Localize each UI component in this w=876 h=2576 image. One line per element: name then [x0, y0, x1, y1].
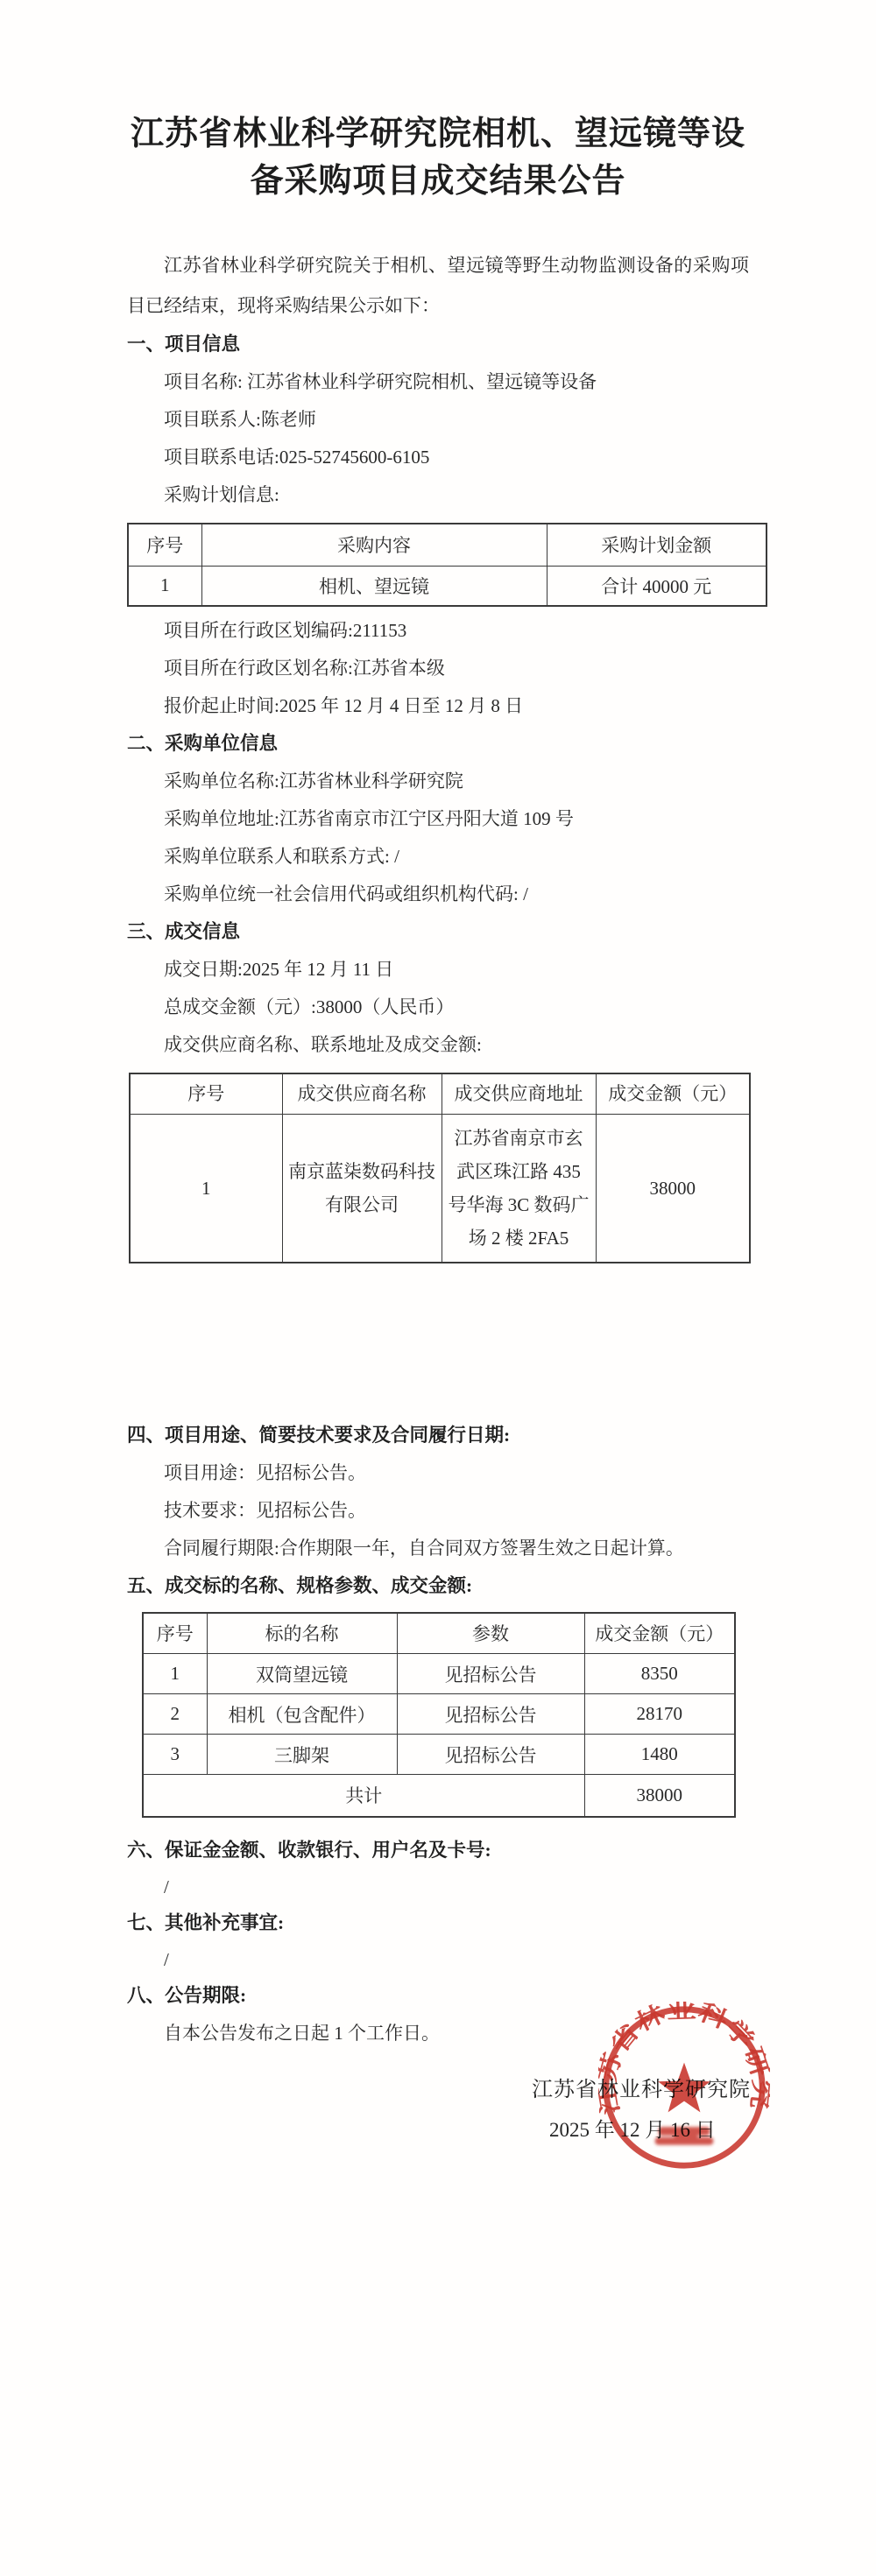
deal-date-line: 成交日期:2025 年 12 月 11 日 — [127, 951, 749, 989]
cell-lot-name: 三脚架 — [207, 1735, 397, 1775]
table-row: 1 双筒望远镜 见招标公告 8350 — [143, 1654, 735, 1694]
org-address-line: 采购单位地址:江苏省南京市江宁区丹阳大道 109 号 — [127, 800, 749, 838]
cell-lot-name: 相机（包含配件） — [207, 1694, 397, 1735]
header-cell: 标的名称 — [207, 1613, 397, 1654]
region-code-line: 项目所在行政区划编码:211153 — [127, 612, 749, 650]
procurement-plan-table: 序号 采购内容 采购计划金额 1 相机、望远镜 合计 40000 元 — [127, 523, 767, 607]
section-3-heading: 三、成交信息 — [127, 913, 749, 951]
table-total-row: 共计 38000 — [143, 1775, 735, 1817]
header-cell: 成交金额（元） — [596, 1073, 750, 1114]
document-content: 江苏省林业科学研究院相机、望远镜等设 备采购项目成交结果公告 江苏省林业科学研究… — [0, 0, 876, 2052]
project-contact-line: 项目联系人:陈老师 — [127, 401, 749, 439]
cell-content: 相机、望远镜 — [201, 566, 547, 606]
cell-amount: 8350 — [584, 1654, 735, 1694]
official-seal: 江苏省林业科学研究院 — [598, 2002, 770, 2173]
usage-line: 项目用途：见招标公告。 — [127, 1454, 749, 1492]
cell-seq: 1 — [143, 1654, 207, 1694]
seal-star-icon — [658, 2063, 710, 2113]
intro-paragraph: 江苏省林业科学研究院关于相机、望远镜等野生动物监测设备的采购项目已经结束，现将采… — [127, 245, 749, 326]
cell-amount: 1480 — [584, 1735, 735, 1775]
supplier-label-line: 成交供应商名称、联系地址及成交金额: — [127, 1026, 749, 1064]
header-cell: 采购计划金额 — [547, 524, 766, 566]
section-5-heading: 五、成交标的名称、规格参数、成交金额: — [127, 1567, 749, 1605]
deal-total-line: 总成交金额（元）:38000（人民币） — [127, 989, 749, 1026]
header-cell: 成交供应商地址 — [442, 1073, 596, 1114]
table-row: 1 相机、望远镜 合计 40000 元 — [128, 566, 766, 606]
cell-seq: 1 — [130, 1114, 282, 1263]
table-row: 1 南京蓝柒数码科技有限公司 江苏省南京市玄武区珠江路 435 号华海 3C 数… — [130, 1114, 750, 1263]
tech-line: 技术要求：见招标公告。 — [127, 1492, 749, 1530]
quote-period-line: 报价起止时间:2025 年 12 月 4 日至 12 月 8 日 — [127, 687, 749, 725]
header-cell: 成交供应商名称 — [282, 1073, 442, 1114]
cell-amount: 合计 40000 元 — [547, 566, 766, 606]
cell-total-value: 38000 — [584, 1775, 735, 1817]
header-cell: 参数 — [397, 1613, 584, 1654]
table-row: 3 三脚架 见招标公告 1480 — [143, 1735, 735, 1775]
cell-total-label: 共计 — [143, 1775, 584, 1817]
org-code-line: 采购单位统一社会信用代码或组织机构代码: / — [127, 876, 749, 913]
cell-params: 见招标公告 — [397, 1735, 584, 1775]
document-title: 江苏省林业科学研究院相机、望远镜等设 备采购项目成交结果公告 — [127, 0, 749, 205]
seal-code-blur — [655, 2127, 714, 2145]
section-2-heading: 二、采购单位信息 — [127, 725, 749, 763]
org-name-line: 采购单位名称:江苏省林业科学研究院 — [127, 763, 749, 800]
cell-amount: 28170 — [584, 1694, 735, 1735]
section-1-heading: 一、项目信息 — [127, 326, 749, 363]
header-cell: 序号 — [130, 1073, 282, 1114]
title-line-2: 备采购项目成交结果公告 — [127, 158, 749, 205]
region-name-line: 项目所在行政区划名称:江苏省本级 — [127, 650, 749, 687]
section-7-heading: 七、其他补充事宜: — [127, 1904, 749, 1942]
table-header-row: 序号 采购内容 采购计划金额 — [128, 524, 766, 566]
table-row: 2 相机（包含配件） 见招标公告 28170 — [143, 1694, 735, 1735]
org-contact-line: 采购单位联系人和联系方式: / — [127, 838, 749, 876]
section-7-value: / — [127, 1942, 749, 1977]
table-header-row: 序号 成交供应商名称 成交供应商地址 成交金额（元） — [130, 1073, 750, 1114]
project-phone-line: 项目联系电话:025-52745600-6105 — [127, 439, 749, 476]
header-cell: 序号 — [143, 1613, 207, 1654]
cell-lot-name: 双筒望远镜 — [207, 1654, 397, 1694]
cell-supplier-address: 江苏省南京市玄武区珠江路 435 号华海 3C 数码广场 2 楼 2FA5 — [442, 1114, 596, 1263]
section-6-heading: 六、保证金金额、收款银行、用户名及卡号: — [127, 1832, 749, 1869]
cell-seq: 1 — [128, 566, 201, 606]
section-6-value: / — [127, 1869, 749, 1904]
cell-supplier-name: 南京蓝柒数码科技有限公司 — [282, 1114, 442, 1263]
cell-params: 见招标公告 — [397, 1654, 584, 1694]
cell-seq: 3 — [143, 1735, 207, 1775]
supplier-table: 序号 成交供应商名称 成交供应商地址 成交金额（元） 1 南京蓝柒数码科技有限公… — [129, 1073, 751, 1263]
plan-info-label: 采购计划信息: — [127, 476, 749, 514]
project-name-line: 项目名称: 江苏省林业科学研究院相机、望远镜等设备 — [127, 363, 749, 401]
cell-amount: 38000 — [596, 1114, 750, 1263]
title-line-1: 江苏省林业科学研究院相机、望远镜等设 — [127, 110, 749, 158]
table-header-row: 序号 标的名称 参数 成交金额（元） — [143, 1613, 735, 1654]
lot-table: 序号 标的名称 参数 成交金额（元） 1 双筒望远镜 见招标公告 8350 2 … — [142, 1612, 736, 1818]
cell-params: 见招标公告 — [397, 1694, 584, 1735]
header-cell: 采购内容 — [201, 524, 547, 566]
contract-line: 合同履行期限:合作期限一年，自合同双方签署生效之日起计算。 — [127, 1530, 749, 1567]
header-cell: 成交金额（元） — [584, 1613, 735, 1654]
section-4-heading: 四、项目用途、简要技术要求及合同履行日期: — [127, 1417, 749, 1454]
cell-seq: 2 — [143, 1694, 207, 1735]
document-page: 江苏省林业科学研究院相机、望远镜等设 备采购项目成交结果公告 江苏省林业科学研究… — [0, 0, 876, 2576]
header-cell: 序号 — [128, 524, 201, 566]
